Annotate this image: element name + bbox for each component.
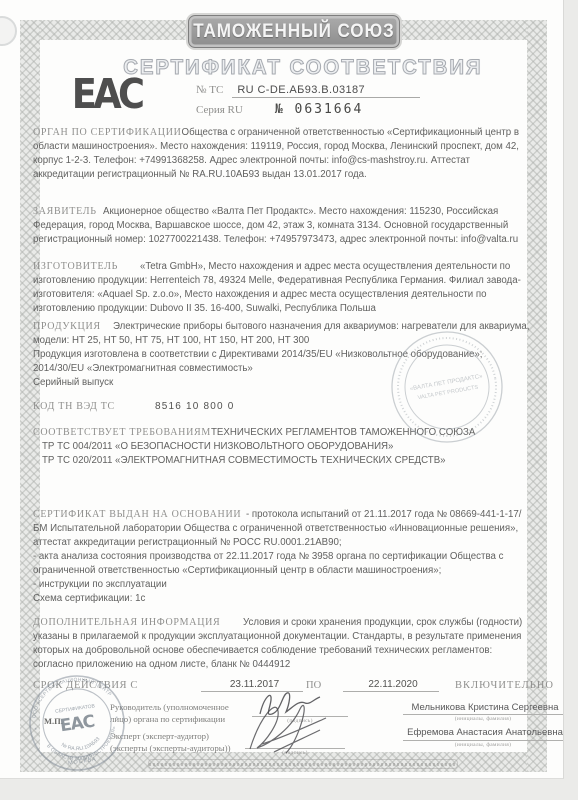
basis-first-paragraph: СЕРТИФИКАТ ВЫДАН НА ОСНОВАНИИ- протокола…: [33, 508, 530, 550]
series-number-value: № 0631664: [275, 102, 363, 117]
expert-name: Ефремова Анастасия Анатольевна: [405, 727, 565, 738]
applicant-stamp: «ВАЛТА ПЕТ ПРОДАКТС» VALTA PET PRODUCTS: [379, 319, 516, 456]
applicant-text: Акционерное общество «Валта Пет Продактс…: [33, 206, 518, 245]
certificate-number-value: RU C-DE.АБ93.В.03187: [237, 84, 365, 96]
complies-tr-ts-020: ТР ТС 020/2011 «ЭЛЕКТРОМАГНИТНАЯ СОВМЕСТ…: [42, 454, 530, 468]
page-title: СЕРТИФИКАТ СООТВЕТСТВИЯ: [123, 56, 459, 80]
scanned-certificate-image: { "banner_text": "ТАМОЖЕННЫЙ СОЮЗ", "eac…: [0, 0, 578, 800]
org-stamp-eac-mark: ЕАС: [59, 712, 96, 737]
certificate-number-row: № ТСRU C-DE.АБ93.В.03187: [196, 84, 365, 96]
head-name-underline: [403, 714, 563, 715]
additional-information-label: ДОПОЛНИТЕЛЬНАЯ ИНФОРМАЦИЯ: [33, 616, 243, 630]
manufacturer-label: ИЗГОТОВИТЕЛЬ: [33, 260, 140, 274]
section-certification-body: ОРГАН ПО СЕРТИФИКАЦИИОбщества с ограниче…: [33, 126, 530, 182]
validity-to-underline: [343, 691, 439, 692]
validity-inclusive-label: ВКЛЮЧИТЕЛЬНО: [455, 680, 554, 691]
applicant-label: ЗАЯВИТЕЛЬ: [33, 205, 103, 219]
tnved-code-label: КОД ТН ВЭД ТС: [33, 400, 155, 414]
expert-name-caption: (инициалы, фамилия): [403, 742, 563, 748]
tnved-code-value: 8516 10 800 0: [155, 401, 235, 412]
applicant-stamp-microtext-ring: [390, 330, 504, 444]
expert-name-underline: [403, 740, 563, 741]
org-stamp-star-right: *: [115, 716, 119, 722]
basis-label: СЕРТИФИКАТ ВЫДАН НА ОСНОВАНИИ: [33, 508, 246, 522]
head-name: Мельникова Кристина Сергеевна: [405, 702, 565, 713]
hole-punch-mark: [0, 16, 17, 46]
basis-production-analysis-text: - акта анализа состояния производства от…: [33, 550, 530, 578]
basis-operating-manual-text: - инструкции по эксплуатации: [33, 578, 530, 592]
guilloche-border-right: [527, 20, 547, 772]
certification-body-label: ОРГАН ПО СЕРТИФИКАЦИИ: [33, 126, 182, 140]
head-name-caption: (инициалы, фамилия): [403, 716, 563, 722]
section-additional-information: ДОПОЛНИТЕЛЬНАЯ ИНФОРМАЦИЯУсловия и сроки…: [33, 616, 530, 672]
section-manufacturer: ИЗГОТОВИТЕЛЬ«Tetra GmbH», Место нахожден…: [33, 260, 530, 316]
applicant-stamp-outer-ring: [383, 323, 510, 450]
validity-to-date: 22.11.2020: [348, 679, 438, 690]
product-label: ПРОДУКЦИЯ: [33, 320, 113, 334]
printer-microtext-line: [148, 759, 458, 769]
series-row: Серия RU№ 0631664: [196, 102, 363, 117]
expert-signature-path: [250, 705, 326, 753]
org-stamp-star-left: *: [34, 728, 38, 734]
certification-body-stamp: ООО «СЕРТИФИКАЦИОННЫЙ ЦЕНТР В ОБЛАСТИ МА…: [19, 665, 134, 780]
series-label: Серия RU: [196, 104, 243, 116]
expert-signature-ink: [240, 697, 358, 757]
certificate-number-label: № ТС: [196, 84, 223, 96]
eac-mark-icon: ЕАС: [72, 74, 112, 119]
customs-union-banner: ТАМОЖЕННЫЙ СОЮЗ: [188, 15, 400, 48]
section-issued-on-basis: СЕРТИФИКАТ ВЫДАН НА ОСНОВАНИИ- протокола…: [33, 508, 530, 606]
basis-certification-scheme-text: Схема сертификации: 1с: [33, 592, 530, 606]
customs-union-banner-label: ТАМОЖЕННЫЙ СОЮЗ: [193, 21, 394, 43]
certificate-page: ТАМОЖЕННЫЙ СОЮЗ ЕАС СЕРТИФИКАТ СООТВЕТСТ…: [0, 0, 564, 779]
certificate-number-underline: [232, 97, 420, 98]
section-applicant: ЗАЯВИТЕЛЬАкционерное общество «Валта Пет…: [33, 205, 530, 247]
complies-label: СООТВЕТСТВУЕТ ТРЕБОВАНИЯМ: [33, 426, 211, 440]
